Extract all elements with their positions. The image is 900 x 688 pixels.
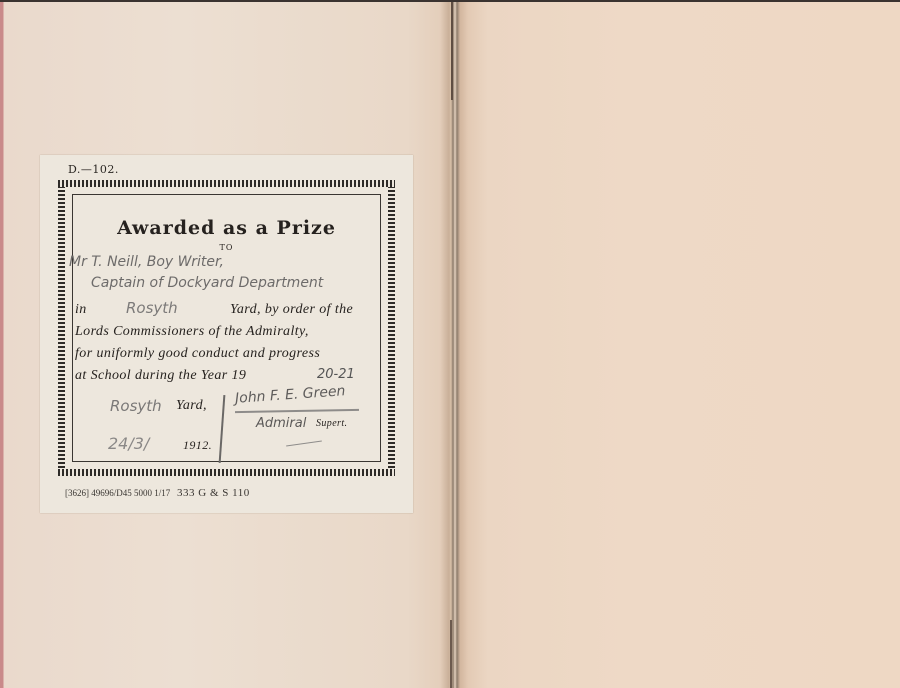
book-gutter — [440, 0, 468, 688]
place-handwritten: Rosyth — [110, 397, 162, 415]
bookplate-body: Awarded as a Prize TO Mr T. Neill, Boy W… — [72, 194, 381, 462]
bookplate-title: Awarded as a Prize — [73, 217, 380, 239]
printed-line-3: for uniformly good conduct and progress — [75, 346, 320, 362]
title-printed: Supert. — [316, 418, 347, 429]
signature-underline — [235, 409, 359, 413]
brace-mark — [219, 395, 226, 463]
yard-name-handwritten: Rosyth — [126, 299, 178, 317]
place-printed: Yard, — [176, 398, 207, 414]
printed-line-1: Yard, by order of the — [230, 302, 353, 318]
to-label: TO — [73, 243, 380, 252]
in-label: in — [75, 302, 87, 318]
recipient-role-handwritten: Captain of Dockyard Department — [91, 275, 323, 291]
printer-code-number: [3626] 49696/D45 5000 1/17 — [65, 488, 170, 498]
year-handwritten: 20-21 — [317, 367, 355, 382]
title-handwritten: Admiral — [256, 416, 306, 431]
signature: John F. E. Green — [235, 383, 346, 407]
spine-shadow-top — [451, 0, 453, 100]
top-edge — [0, 0, 900, 2]
short-stroke — [286, 440, 322, 446]
open-book-spread: D.—102. Awarded as a Prize TO Mr T. Neil… — [0, 0, 900, 688]
recipient-name-handwritten: Mr T. Neill, Boy Writer, — [69, 254, 224, 270]
spine-shadow-bottom — [450, 620, 452, 688]
prize-bookplate: D.—102. Awarded as a Prize TO Mr T. Neil… — [40, 155, 413, 513]
right-page-blank — [452, 0, 900, 688]
printed-line-2: Lords Commissioners of the Admiralty, — [75, 324, 309, 340]
printer-code: [3626] 49696/D45 5000 1/17 333 G & S 110 — [65, 487, 250, 499]
printer-mark: 333 G & S 110 — [177, 487, 250, 499]
printed-line-4: at School during the Year 19 — [75, 368, 246, 384]
date-year-printed: 1912. — [183, 438, 212, 453]
ornamental-border: Awarded as a Prize TO Mr T. Neill, Boy W… — [58, 180, 395, 476]
form-code: D.—102. — [68, 163, 119, 176]
date-handwritten: 24/3/ — [108, 434, 149, 453]
